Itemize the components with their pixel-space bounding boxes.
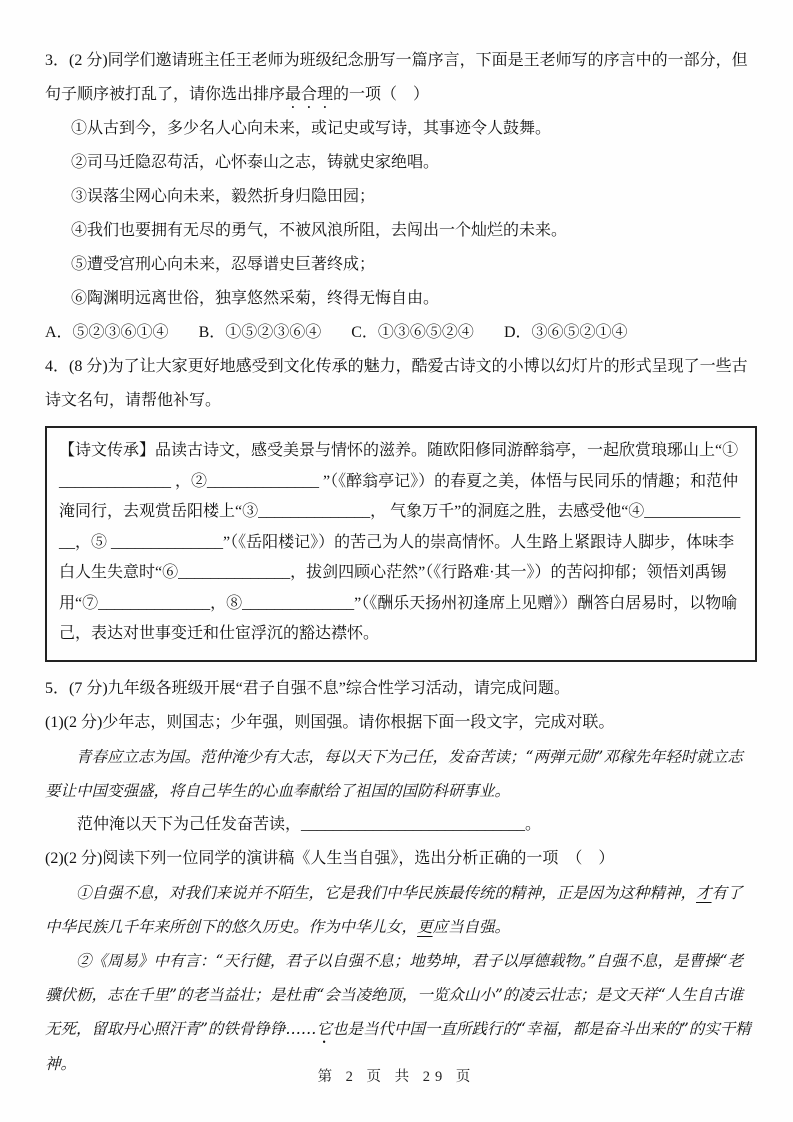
page-number-footer: 第 2 页 共 29 页 [0, 1060, 793, 1094]
question-5-part2-prompt: (2)(2 分)阅读下列一位同学的演讲稿《人生当自强》，选出分析正确的一项 （ … [45, 842, 757, 876]
speech-p1-underline-1: 才 [696, 884, 712, 902]
question-3-stem: 3．(2 分)同学们邀请班主任王老师为班级纪念册写一篇序言，下面是王老师写的序言… [45, 44, 757, 112]
speech-p1-underline-2: 更 [417, 918, 433, 936]
question-3-stem-emphasis: 最合理 [285, 86, 333, 103]
sentence-item-1: ①从古到今，多少名人心向未来，或记史或写诗，其事迹令人鼓舞。 [71, 112, 757, 146]
exam-page: 3．(2 分)同学们邀请班主任王老师为班级纪念册写一篇序言，下面是王老师写的序言… [0, 0, 793, 1122]
poetry-box-tag: 【诗文传承】 [59, 442, 155, 459]
option-b: B．①⑤②③⑥④ [199, 316, 322, 350]
sentence-item-3: ③误落尘网心向未来，毅然折身归隐田园； [71, 180, 757, 214]
poetry-fill-in-box: 【诗文传承】品读古诗文，感受美景与情怀的滋养。随欧阳修同游醉翁亭，一起欣赏琅琊山… [45, 426, 757, 662]
speech-paragraph-1: ①自强不息，对我们来说并不陌生，它是我们中华民族最传统的精神，正是因为这种精神，… [45, 876, 757, 944]
option-a: A．⑤②③⑥①④ [45, 316, 169, 350]
option-c: C．①③⑥⑤②④ [351, 316, 474, 350]
sentence-item-2: ②司马迁隐忍苟活，心怀泰山之志，铸就史家绝唱。 [71, 146, 757, 180]
question-4-stem: 4．(8 分)为了让大家更好地感受到文化传承的魅力，酷爱古诗文的小博以幻灯片的形… [45, 350, 757, 418]
sentence-item-4: ④我们也要拥有无尽的勇气，不被风浪所阻，去闯出一个灿烂的未来。 [71, 214, 757, 248]
question-3-options: A．⑤②③⑥①④ B．①⑤②③⑥④ C．①③⑥⑤②④ D．③⑥⑤②①④ [45, 316, 757, 350]
couplet-end: 。 [525, 816, 541, 833]
speech-p1-c: 应当自强。 [433, 918, 511, 936]
page-content: 3．(2 分)同学们邀请班主任王老师为班级纪念册写一篇序言，下面是王老师写的序言… [45, 44, 757, 1081]
sentence-item-5: ⑤遭受宫刑心向未来，忍辱谱史巨著终成； [71, 248, 757, 282]
couplet-start: 范仲淹以天下为己任发奋苦读， [77, 816, 301, 833]
option-d: D．③⑥⑤②①④ [504, 316, 628, 350]
question-5-couplet-line: 范仲淹以天下为己任发奋苦读，__________________________… [45, 808, 757, 842]
poetry-box-text: 【诗文传承】品读古诗文，感受美景与情怀的滋养。随欧阳修同游醉翁亭，一起欣赏琅琊山… [59, 436, 743, 650]
question-3-sentence-list: ①从古到今，多少名人心向未来，或记史或写诗，其事迹令人鼓舞。 ②司马迁隐忍苟活，… [45, 112, 757, 316]
question-3-stem-tail: 的一项（ ） [333, 86, 429, 103]
poetry-box-body: 品读古诗文，感受美景与情怀的滋养。随欧阳修同游醉翁亭，一起欣赏琅琊山上“①___… [59, 442, 740, 642]
question-5: 5．(7 分)九年级各班级开展“君子自强不息”综合性学习活动，请完成问题。 (1… [45, 672, 757, 1081]
question-3: 3．(2 分)同学们邀请班主任王老师为班级纪念册写一篇序言，下面是王老师写的序言… [45, 44, 757, 350]
speech-p1-a: ①自强不息，对我们来说并不陌生，它是我们中华民族最传统的精神，正是因为这种精神， [76, 884, 696, 902]
question-5-part1-passage: 青春应立志为国。范仲淹少有大志，每以天下为己任，发奋苦读；“两弹元勋”邓稼先年轻… [45, 740, 757, 808]
sentence-item-6: ⑥陶渊明远离世俗，独享悠然采菊，终得无悔自由。 [71, 282, 757, 316]
question-4: 4．(8 分)为了让大家更好地感受到文化传承的魅力，酷爱古诗文的小博以幻灯片的形… [45, 350, 757, 662]
question-5-stem: 5．(7 分)九年级各班级开展“君子自强不息”综合性学习活动，请完成问题。 [45, 672, 757, 706]
couplet-blank: ____________________________ [301, 816, 525, 833]
speech-p2-emphasis: 它 [316, 1020, 332, 1038]
question-5-part1-prompt: (1)(2 分)少年志，则国志；少年强，则国强。请你根据下面一段文字，完成对联。 [45, 706, 757, 740]
